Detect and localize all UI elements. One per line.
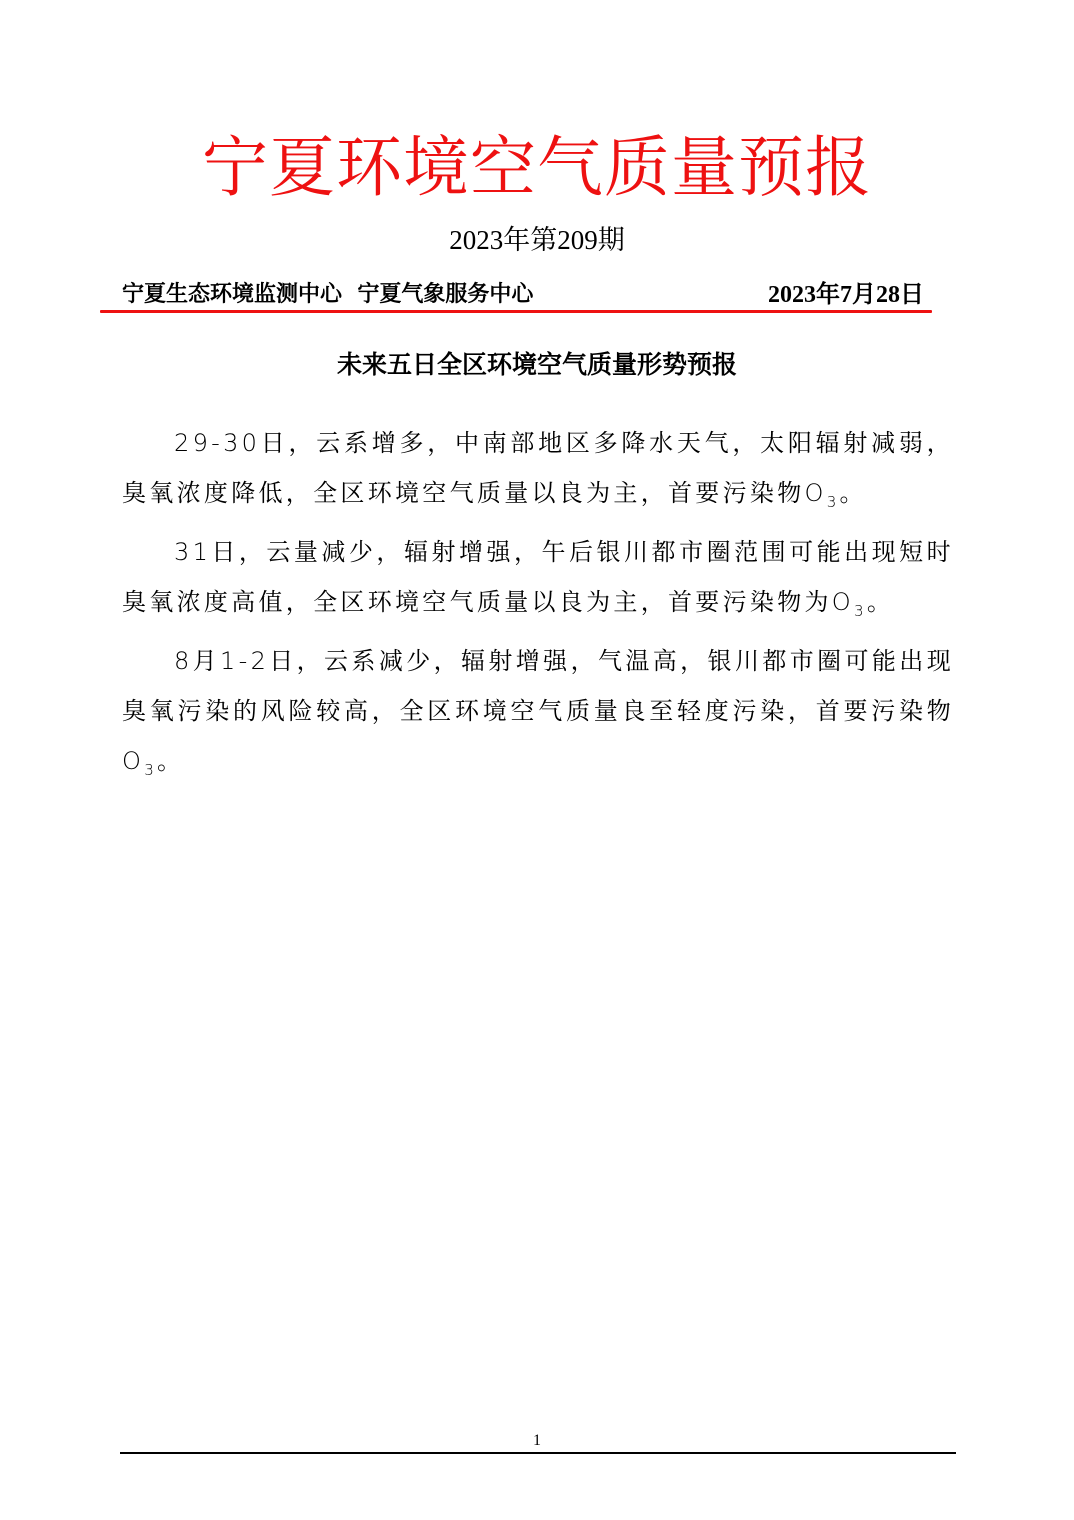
forecast-body: 29-30日，云系增多，中南部地区多降水天气，太阳辐射减弱，臭氧浓度降低，全区环…	[122, 418, 954, 794]
subscript: 3	[827, 493, 840, 511]
paragraph-tail: 。	[840, 479, 867, 507]
issuing-organizations: 宁夏生态环境监测中心 宁夏气象服务中心	[122, 280, 533, 310]
forecast-paragraph-3: 8月1-2日，云系减少，辐射增强，气温高，银川都市圈可能出现臭氧污染的风险较高，…	[122, 636, 954, 795]
paragraph-text: 31日，云量减少，辐射增强，午后银川都市圈范围可能出现短时臭氧浓度高值，全区环境…	[122, 538, 954, 616]
footer-divider	[120, 1452, 956, 1454]
subscript: 3	[144, 760, 157, 778]
issue-number: 2023年第209期	[0, 222, 1074, 258]
paragraph-tail: 。	[157, 747, 184, 775]
subscript: 3	[854, 602, 867, 620]
page-number: 1	[0, 1432, 1074, 1450]
paragraph-text: 8月1-2日，云系减少，辐射增强，气温高，银川都市圈可能出现臭氧污染的风险较高，…	[122, 647, 954, 775]
forecast-paragraph-2: 31日，云量减少，辐射增强，午后银川都市圈范围可能出现短时臭氧浓度高值，全区环境…	[122, 527, 954, 636]
section-subtitle: 未来五日全区环境空气质量形势预报	[0, 348, 1074, 382]
header-red-divider	[100, 310, 932, 313]
forecast-paragraph-1: 29-30日，云系增多，中南部地区多降水天气，太阳辐射减弱，臭氧浓度降低，全区环…	[122, 418, 954, 527]
issue-date: 2023年7月28日	[768, 280, 924, 310]
paragraph-tail: 。	[867, 588, 894, 616]
document-title: 宁夏环境空气质量预报	[0, 128, 1074, 208]
